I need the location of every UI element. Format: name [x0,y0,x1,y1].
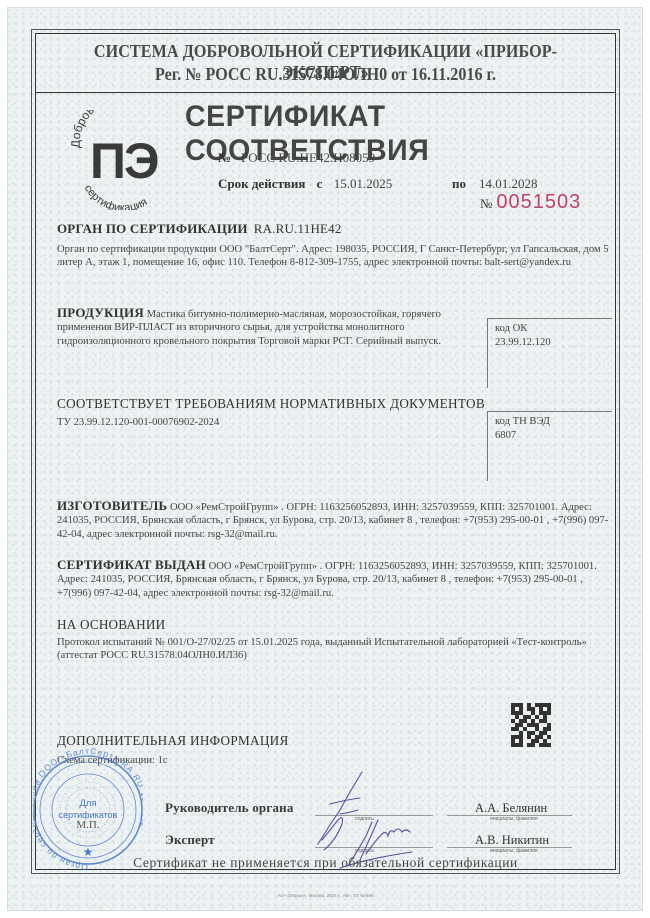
validity-label: Срок действия [218,176,305,191]
head-name: А.А. Белянин [475,801,547,816]
basis-heading: НА ОСНОВАНИИ [57,617,615,633]
pe-logo: Добровольная сертификация ПЭ [68,110,178,210]
certification-body-code: RA.RU.11НЕ42 [254,221,342,236]
validity-to: по 14.01.2028 [452,176,538,192]
disclaimer-text: Сертификат не применяется при обязательн… [35,855,616,871]
logo-letters: ПЭ [90,132,158,190]
qr-code[interactable] [511,703,551,751]
conformity-section: СООТВЕТСТВУЕТ ТРЕБОВАНИЯМ НОРМАТИВНЫХ ДО… [57,396,487,429]
certification-body-section: ОРГАН ПО СЕРТИФИКАЦИИRA.RU.11НЕ42 Орган … [57,221,612,270]
name-caption: инициалы, фамилия [490,816,538,822]
serial-value: 0051503 [496,191,581,213]
certificate-number: № РОСС RU.НЕ42.Н08059 [218,150,375,166]
qr-code-icon [511,703,551,751]
ok-code-label: код ОК [495,322,612,336]
manufacturer-section: ИЗГОТОВИТЕЛЬ ООО «РемСтройГрупп» . ОГРН:… [57,499,615,541]
serial-label: № [480,196,492,211]
official-stamp-icon: Орган по сертификации ООО «БалтСерт» RA.… [33,748,143,872]
basis-section: НА ОСНОВАНИИ Протокол испытаний № 001/О-… [57,617,615,663]
heading-text: ОРГАН ПО СЕРТИФИКАЦИИ [57,221,248,236]
basis-text: Протокол испытаний № 001/О-27/02/25 от 1… [57,636,615,663]
expert-label: Эксперт [165,832,215,848]
manufacturer-heading: ИЗГОТОВИТЕЛЬ [57,498,167,513]
serial-number: №0051503 [480,191,581,214]
validity-from: Срок действия с 15.01.2025 [218,176,392,192]
issued-to-section: СЕРТИФИКАТ ВЫДАН ООО «РемСтройГрупп» . О… [57,558,615,600]
tnved-code-label: код ТН ВЭД [495,415,612,429]
number-label: № [218,150,231,165]
certification-body-text: Орган по сертификации продукции ООО "Бал… [57,243,612,270]
tnved-code-box: код ТН ВЭД 6807 [487,411,612,481]
header-divider [35,92,616,93]
svg-text:М.П.: М.П. [76,819,99,831]
product-section: ПРОДУКЦИЯ Мастика битумно-полимерно-масл… [57,306,477,348]
certification-body-heading: ОРГАН ПО СЕРТИФИКАЦИИRA.RU.11НЕ42 [57,221,612,237]
conformity-text: ТУ 23.99.12.120-001-00076902-2024 [57,416,487,429]
system-registration: Рег. № РОСС RU.31578.04ОЛН0 от 16.11.201… [58,64,593,85]
tnved-code-value: 6807 [495,429,612,443]
ok-code-value: 23.99.12.120 [495,336,612,350]
print-imprint: АО «Опцион», Москва, 2024 г., «Б», ТЗ № … [35,893,616,898]
conformity-heading: СООТВЕТСТВУЕТ ТРЕБОВАНИЯМ НОРМАТИВНЫХ ДО… [57,396,487,412]
to-label: по [452,176,466,191]
head-label: Руководитель органа [165,800,294,816]
product-heading: ПРОДУКЦИЯ [57,305,144,320]
ok-code-box: код ОК 23.99.12.120 [487,318,612,388]
from-label: с [317,176,323,191]
svg-text:Для: Для [79,798,96,809]
expert-name: А.В. Никитин [475,833,549,848]
additional-info-heading: ДОПОЛНИТЕЛЬНАЯ ИНФОРМАЦИЯ [57,733,477,749]
number-value: РОСС RU.НЕ42.Н08059 [241,150,375,165]
issued-to-heading: СЕРТИФИКАТ ВЫДАН [57,557,206,572]
valid-to: 14.01.2028 [479,176,538,191]
valid-from: 15.01.2025 [334,176,393,191]
name-caption: инициалы, фамилия [490,848,538,854]
